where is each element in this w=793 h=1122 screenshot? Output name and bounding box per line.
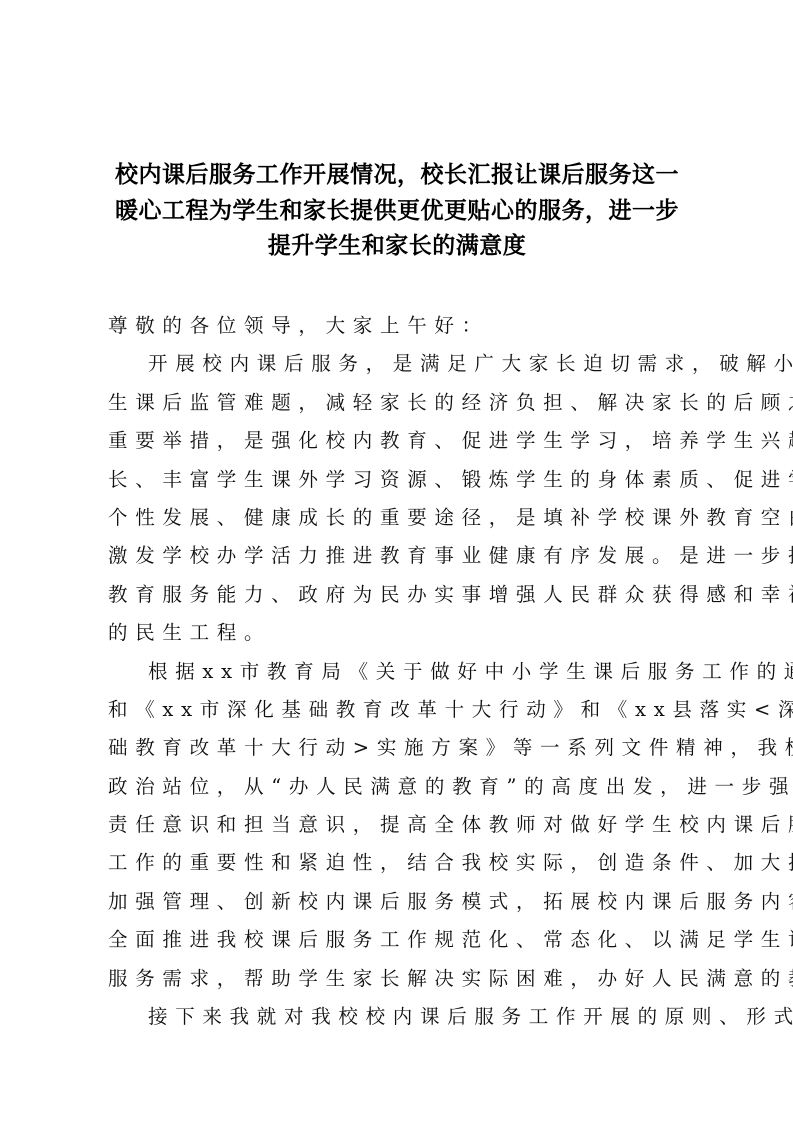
paragraph-line: 责任意识和担当意识，提高全体教师对做好学生校内课后服务: [108, 806, 686, 844]
paragraph-1: 开展校内课后服务，是满足广大家长迫切需求，破解小学 生课后监管难题，减轻家长的经…: [108, 345, 686, 652]
paragraph-line: 激发学校办学活力推进教育事业健康有序发展。是进一步提高: [108, 537, 686, 575]
paragraph-line: 根据xx市教育局《关于做好中小学生课后服务工作的通知》: [108, 653, 686, 691]
paragraph-line: 生课后监管难题，减轻家长的经济负担、解决家长的后顾之忧: [108, 384, 686, 422]
paragraph-line: 和《xx市深化基础教育改革十大行动》和《xx县落实<深化基: [108, 691, 686, 729]
paragraph-line: 开展校内课后服务，是满足广大家长迫切需求，破解小学: [108, 345, 686, 383]
paragraph-line: 工作的重要性和紧迫性，结合我校实际，创造条件、加大投入、: [108, 844, 686, 882]
paragraph-line: 教育服务能力、政府为民办实事增强人民群众获得感和幸福感: [108, 576, 686, 614]
paragraph-2: 根据xx市教育局《关于做好中小学生课后服务工作的通知》 和《xx市深化基础教育改…: [108, 653, 686, 999]
paragraph-line: 接下来我就对我校校内课后服务工作开展的原则、形式、: [108, 998, 686, 1036]
paragraph-line: 全面推进我校课后服务工作规范化、常态化、以满足学生课后: [108, 921, 686, 959]
title-line-1: 校内课后服务工作开展情况，校长汇报让课后服务这一: [108, 158, 686, 194]
paragraph-3: 接下来我就对我校校内课后服务工作开展的原则、形式、: [108, 998, 686, 1036]
paragraph-line: 个性发展、健康成长的重要途径，是填补学校课外教育空白、: [108, 499, 686, 537]
paragraph-line: 政治站位，从“办人民满意的教育”的高度出发，进一步强化: [108, 768, 686, 806]
document-body: 尊敬的各位领导，大家上午好： 开展校内课后服务，是满足广大家长迫切需求，破解小学…: [108, 307, 686, 1036]
title-line-2: 暖心工程为学生和家长提供更优更贴心的服务，进一步: [108, 194, 686, 230]
paragraph-line: 长、丰富学生课外学习资源、锻炼学生的身体素质、促进学生: [108, 461, 686, 499]
title-line-3: 提升学生和家长的满意度: [108, 229, 686, 265]
paragraph-line: 础教育改革十大行动>实施方案》等一系列文件精神，我校提高: [108, 729, 686, 767]
paragraph-line: 加强管理、创新校内课后服务模式，拓展校内课后服务内容。: [108, 883, 686, 921]
salutation: 尊敬的各位领导，大家上午好：: [108, 307, 686, 345]
paragraph-line: 重要举措，是强化校内教育、促进学生学习，培养学生兴趣特: [108, 422, 686, 460]
paragraph-line: 的民生工程。: [108, 614, 686, 652]
document-title: 校内课后服务工作开展情况，校长汇报让课后服务这一 暖心工程为学生和家长提供更优更…: [108, 158, 686, 265]
paragraph-line: 服务需求，帮助学生家长解决实际困难，办好人民满意的教育。: [108, 960, 686, 998]
